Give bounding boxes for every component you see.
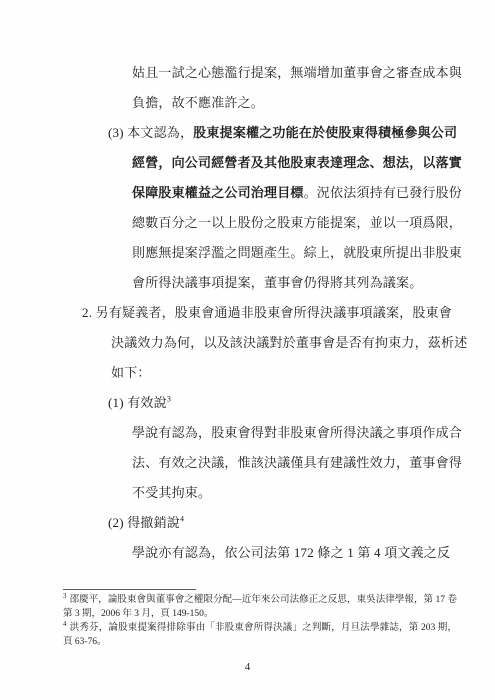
text-line: 保障股東權益之公司治理目標。況依法須持有已發行股份 [0, 178, 465, 208]
text-segment: 決議效力為何，以及該決議對於董事會是否有拘束力，茲析述 [111, 335, 467, 350]
text-segment: 姑且一試之心態濫行提案，無端增加董事會之審查成本與 [132, 65, 462, 80]
text-segment: 法、有效之決議，惟該決議僅具有建議性效力，董事會得 [132, 455, 462, 470]
text-line: 姑且一試之心態濫行提案，無端增加董事會之審查成本與 [0, 58, 465, 88]
text-segment: (1) 有效說 [108, 395, 167, 410]
text-segment: 2. 另有疑義者，股東會通過非股東會所得決議事項議案，股東會 [82, 305, 452, 320]
text-segment: 負擔，故不應准許之。 [132, 95, 264, 110]
text-segment: 。況依法須持有已發行股份 [304, 185, 462, 200]
footnote-separator [63, 589, 196, 590]
text-line: (3) 本文認為，股東提案權之功能在於使股東得積極參與公司 [0, 118, 465, 148]
document-page: 姑且一試之心態濫行提案，無端增加董事會之審查成本與負擔，故不應准許之。(3) 本… [0, 0, 495, 700]
text-line: 決議效力為何，以及該決議對於董事會是否有拘束力，茲析述 [0, 328, 465, 358]
text-segment: 會所得決議事項提案，董事會仍得將其列為議案。 [132, 275, 422, 290]
footnote-reference: 4 [180, 515, 184, 524]
text-line: 學說有認為，股東會得對非股東會所得決議之事項作成合 [0, 418, 465, 448]
footnote-marker: 4 [63, 620, 67, 628]
text-segment: 總數百分之一以上股份之股東方能提案，並以一項爲限， [132, 215, 462, 230]
text-segment: 學說有認為，股東會得對非股東會所得決議之事項作成合 [132, 425, 462, 440]
text-segment: 學說亦有認為，依公司法第 172 條之 1 第 4 項文義之反 [132, 545, 450, 560]
text-line: 負擔，故不應准許之。 [0, 88, 465, 118]
text-segment: 如下： [111, 365, 151, 380]
text-segment: 則應無提案浮濫之問題產生。綜上，就股東所提出非股東 [132, 245, 462, 260]
footnote-text: 邵慶平，論股東會與董事會之權限分配—近年來公司法修正之反思，東吳法律學報，第 1… [63, 595, 457, 619]
text-line: 2. 另有疑義者，股東會通過非股東會所得決議事項議案，股東會 [0, 298, 465, 328]
footnotes-section: 3邵慶平，論股東會與董事會之權限分配—近年來公司法修正之反思，東吳法律學報，第 … [63, 594, 457, 650]
text-line: 學說亦有認為，依公司法第 172 條之 1 第 4 項文義之反 [0, 538, 465, 568]
text-line: 總數百分之一以上股份之股東方能提案，並以一項爲限， [0, 208, 465, 238]
text-line: 會所得決議事項提案，董事會仍得將其列為議案。 [0, 268, 465, 298]
footnote: 3邵慶平，論股東會與董事會之權限分配—近年來公司法修正之反思，東吳法律學報，第 … [63, 594, 457, 621]
text-line: 法、有效之決議，惟該決議僅具有建議性效力，董事會得 [0, 448, 465, 478]
text-segment: (3) 本文認為， [108, 125, 193, 140]
text-segment: 股東提案權之功能在於使股東得積極參與公司 [193, 125, 457, 140]
text-segment: (2) 得撤銷說 [108, 515, 180, 530]
text-line: 不受其拘束。 [0, 478, 465, 508]
text-segment: 不受其拘束。 [132, 485, 211, 500]
footnote-text: 洪秀芬，論股東提案得排除事由「非股東會所得決議」之判斷，月旦法學雜誌，第 203… [63, 623, 457, 647]
text-line: 經營，向公司經營者及其他股東表達理念、想法，以落實 [0, 148, 465, 178]
text-line: 則應無提案浮濫之問題產生。綜上，就股東所提出非股東 [0, 238, 465, 268]
text-segment: 經營，向公司經營者及其他股東表達理念、想法，以落實 [132, 155, 462, 170]
footnote-reference: 3 [167, 395, 171, 404]
footnote-marker: 3 [63, 592, 67, 600]
text-line: (1) 有效說3 [0, 388, 465, 418]
text-segment: 保障股東權益之公司治理目標 [132, 185, 304, 200]
footnote: 4洪秀芬，論股東提案得排除事由「非股東會所得決議」之判斷，月旦法學雜誌，第 20… [63, 622, 457, 649]
text-line: 如下： [0, 358, 465, 388]
text-line: (2) 得撤銷說4 [0, 508, 465, 538]
page-number: 4 [0, 661, 495, 673]
main-text-block: 姑且一試之心態濫行提案，無端增加董事會之審查成本與負擔，故不應准許之。(3) 本… [0, 58, 465, 568]
